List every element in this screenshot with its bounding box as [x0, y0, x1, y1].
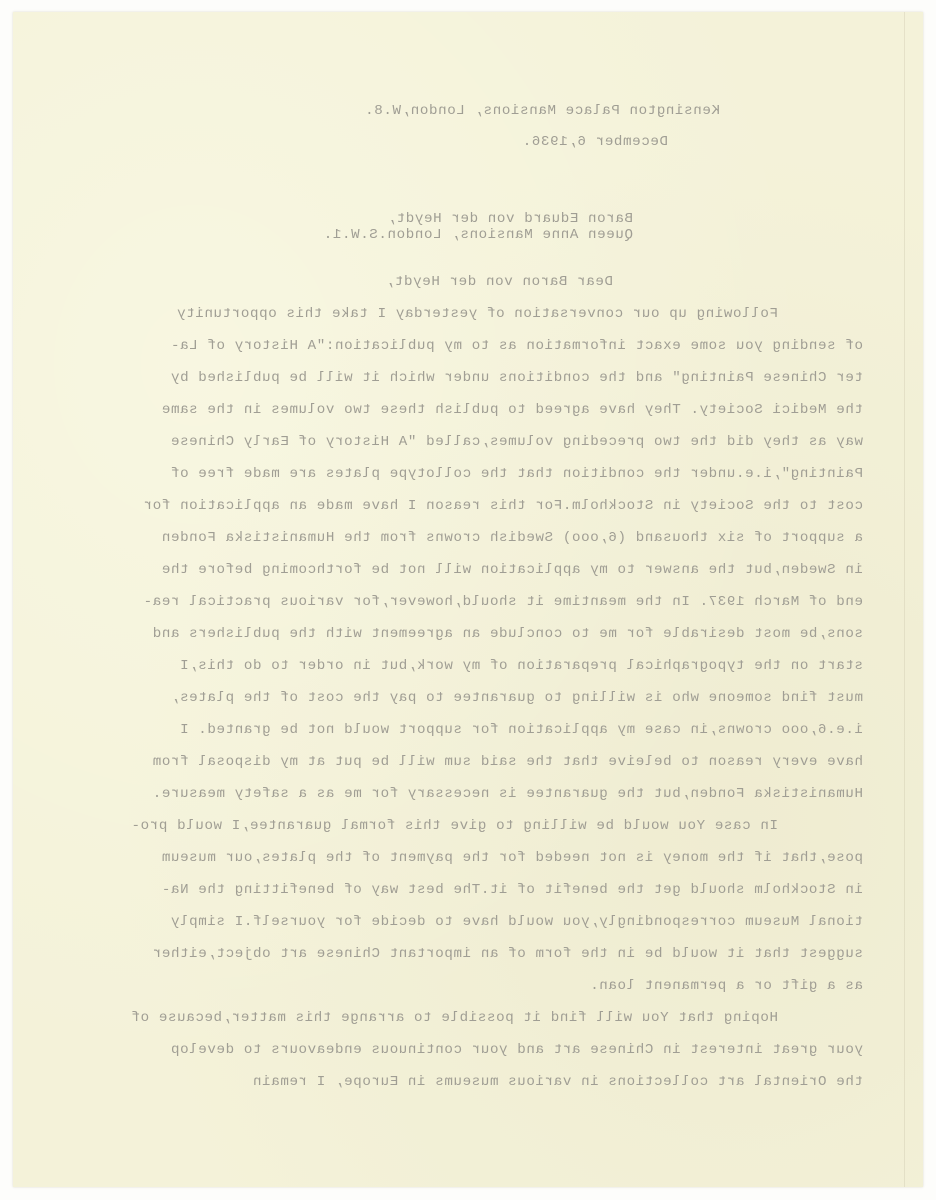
- body-line: the Oriental art collections in various …: [252, 1074, 863, 1090]
- body-line: a support of six thousand (6,ooo) Swedis…: [161, 530, 863, 546]
- body-line: of sending you some exact information as…: [170, 338, 863, 354]
- body-line: way as they did the two preceding volume…: [170, 434, 863, 450]
- body-line: your great interest in Chinese art and y…: [170, 1042, 863, 1058]
- body-line: as a gift or a permanent loan.: [590, 978, 863, 994]
- body-line: tional Museum correspondingly,you would …: [170, 914, 863, 930]
- body-line: have every reason to beleive that the sa…: [152, 754, 863, 770]
- letter-page: Kensington Palace Mansions, London,W.8. …: [13, 12, 923, 1187]
- recipient-name: Baron Eduard von der Heydt,: [387, 211, 633, 227]
- body-line: In case You would be willing to give thi…: [131, 818, 778, 834]
- body-line: start on the typographical preparation o…: [179, 658, 863, 674]
- body-line: i.e.6,ooo crowns,in case my application …: [179, 722, 863, 738]
- body-line: end of March 1937. In the meantime it sh…: [143, 594, 863, 610]
- salutation: Dear Baron von der Heydt,: [385, 274, 613, 290]
- body-line: must find someone who is willing to guar…: [170, 690, 863, 706]
- sender-address: Kensington Palace Mansions, London,W.8.: [365, 103, 720, 119]
- body-line: in Stockholm should get the benefit of i…: [161, 882, 863, 898]
- mirrored-typed-letter: Kensington Palace Mansions, London,W.8. …: [13, 12, 923, 1187]
- body-line: cost to the Society in Stockholm.For thi…: [143, 498, 863, 514]
- body-line: in Sweden,but the answer to my applicati…: [161, 562, 863, 578]
- body-line: ter Chinese Painting" and the conditions…: [170, 370, 863, 386]
- body-line: Hoping that You will find it possible to…: [131, 1010, 778, 1026]
- recipient-address: Queen Anne Mansions, London.S.W.1.: [323, 227, 633, 243]
- body-line: suggest that it would be in the form of …: [152, 946, 863, 962]
- body-line: Painting",i.e.under the condition that t…: [170, 466, 863, 482]
- body-line: sons,be most desirable for me to conclud…: [152, 626, 863, 642]
- body-line: pose,that if the money is not needed for…: [161, 850, 863, 866]
- body-line: Humanistiska Fonden,but the guarantee is…: [152, 786, 863, 802]
- body-line: Following up our conversation of yesterd…: [176, 306, 778, 322]
- letter-date: December 6,1936.: [522, 134, 668, 150]
- body-line: the Medici Society. They have agreed to …: [161, 402, 863, 418]
